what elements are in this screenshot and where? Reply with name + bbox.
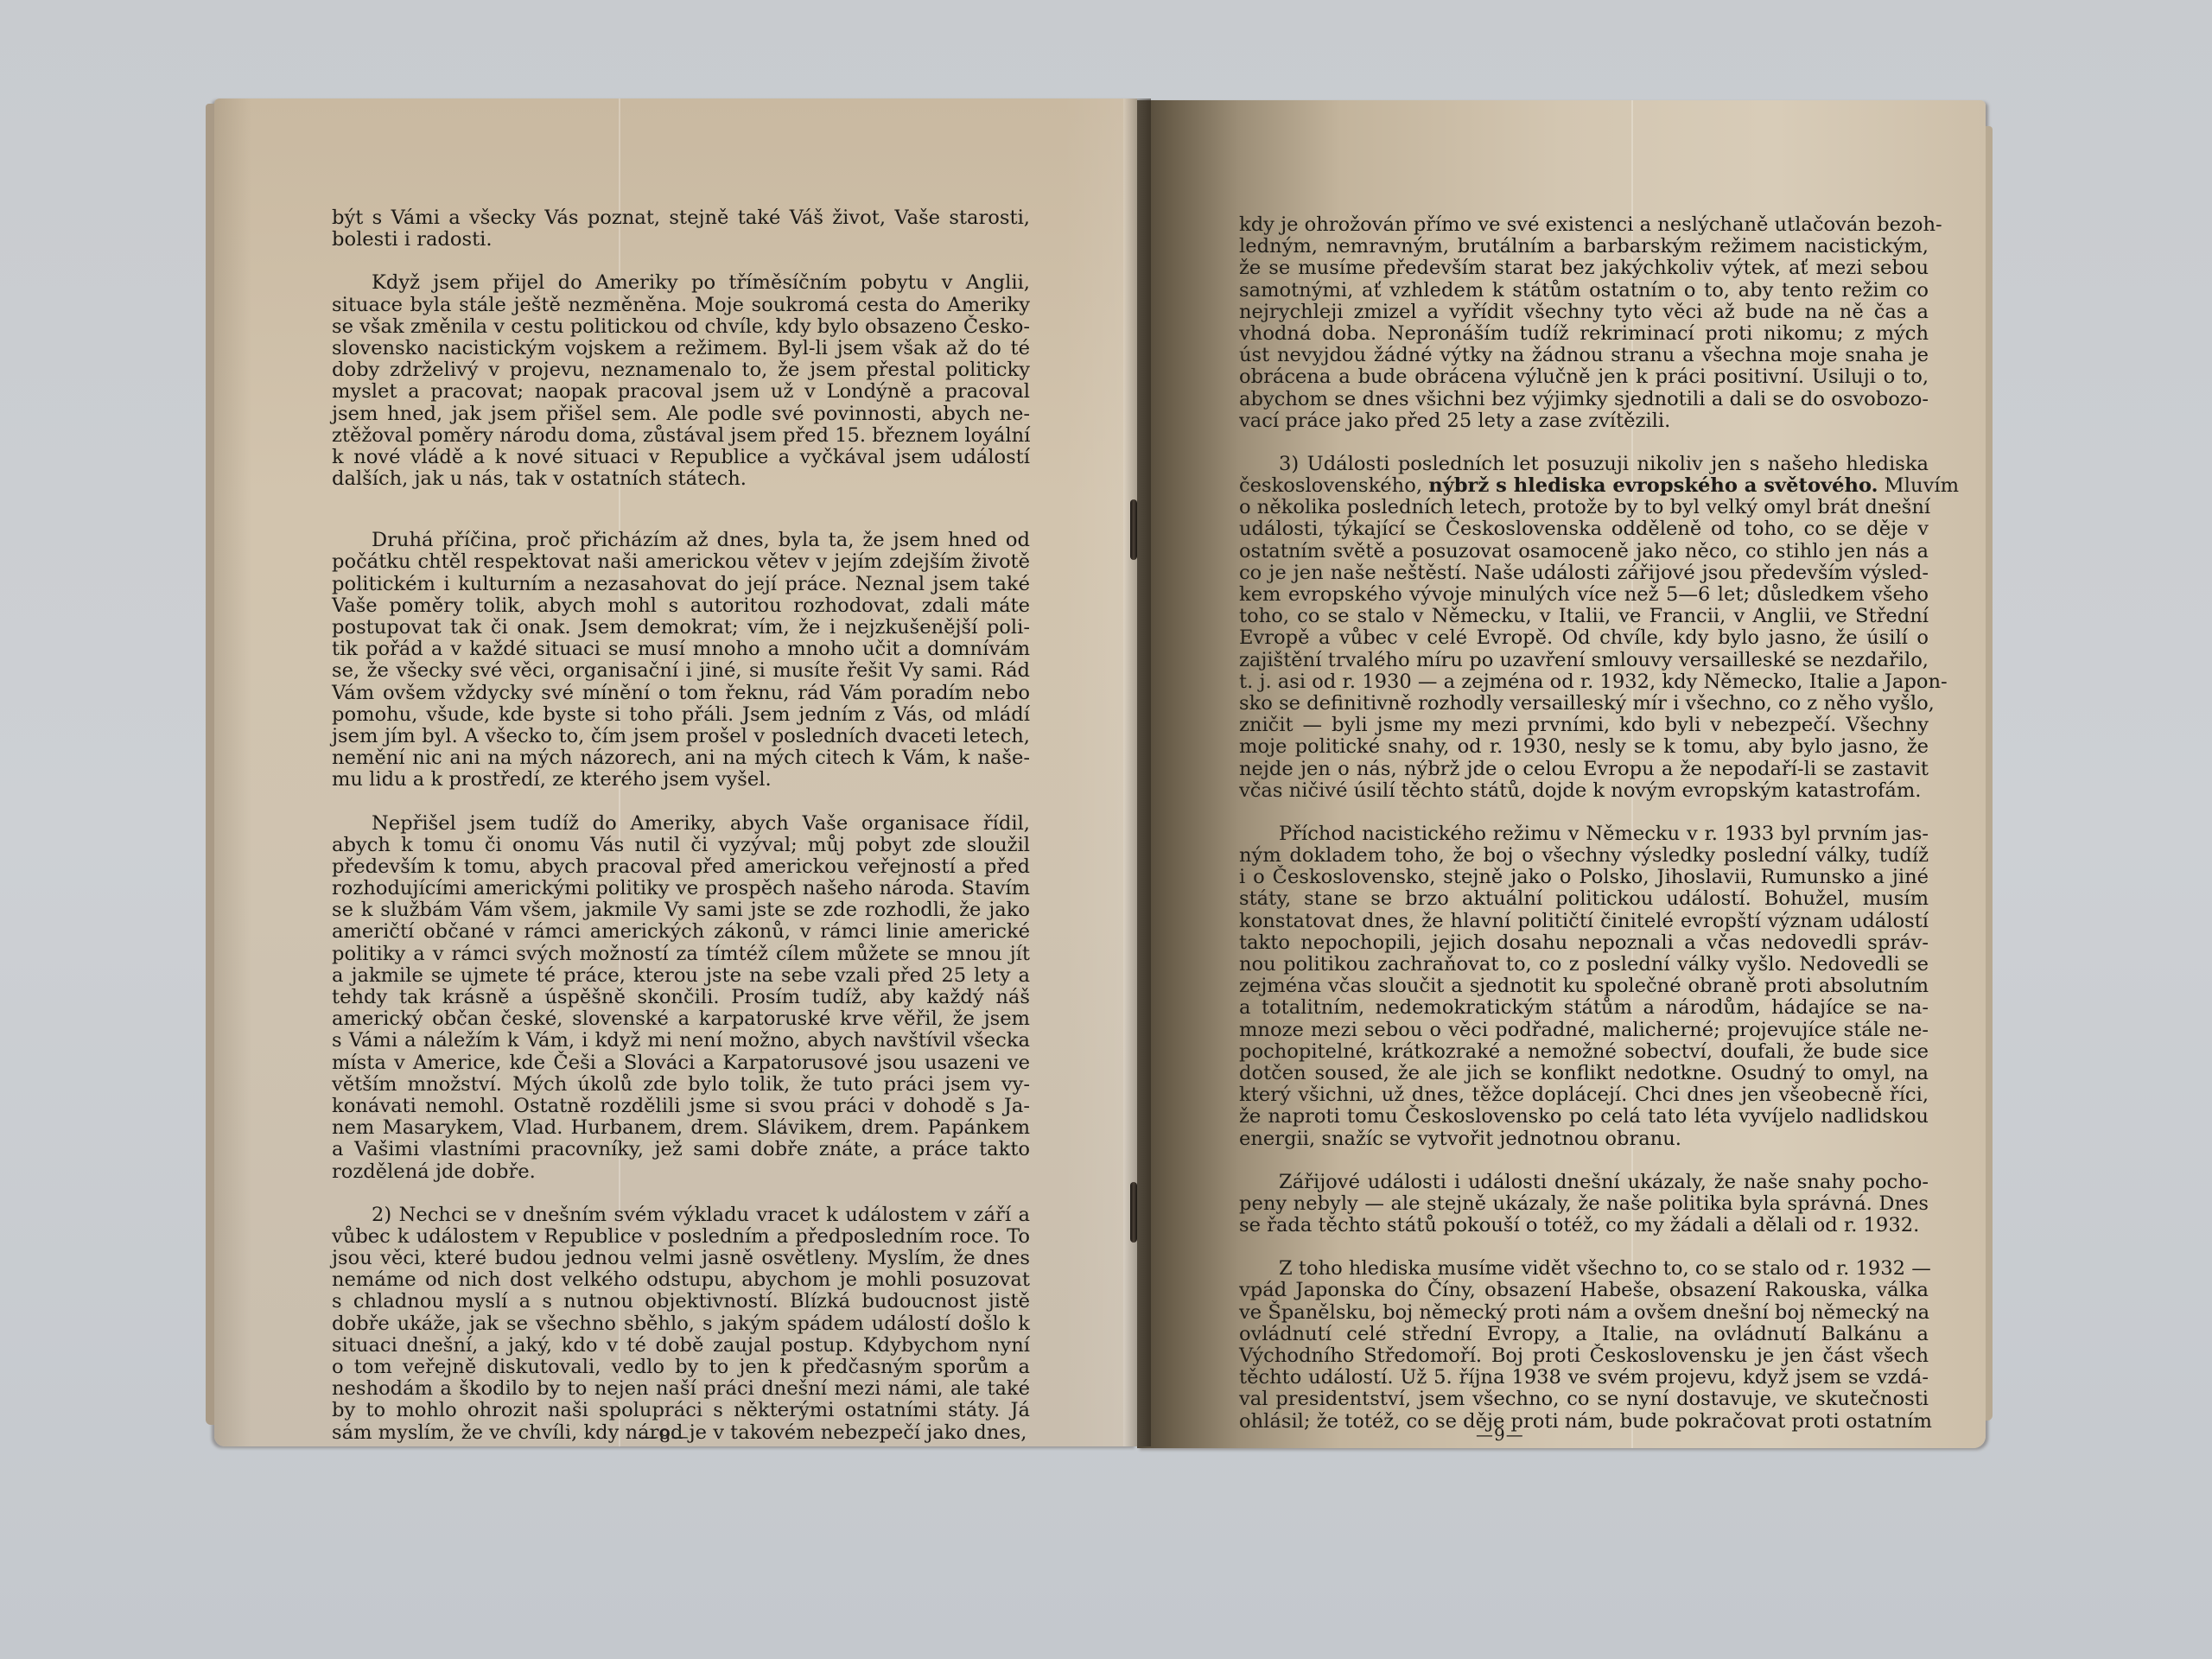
paragraph: Z toho hlediska musíme vidět všechno to,… — [1239, 1258, 1929, 1433]
text-line: politickém i kulturním a nezasahovat do … — [332, 574, 1030, 595]
text-line: mnoze mezi sebou o věci podřadné, malich… — [1239, 1020, 1929, 1041]
text-line: Když jsem přijel do Ameriky po tříměsíčn… — [332, 272, 1030, 294]
text-line: rozhodujícími americkými politiky ve pro… — [332, 878, 1030, 899]
text-line: bolesti i radosti. — [332, 229, 1030, 251]
text-line: pomohu, všude, kde byste si toho přáli. … — [332, 704, 1030, 726]
text-line: abych k tomu či onomu Vás nutil či vyzýv… — [332, 835, 1030, 856]
text-line: zejména včas sloučit a sjednotit ku spol… — [1239, 976, 1929, 997]
text-line: ovládnutí celé střední Evropy, a Italie,… — [1239, 1324, 1929, 1345]
text-line: a Vašimi vlastními pracovníky, jež sami … — [332, 1139, 1030, 1160]
text-line: neshodám a škodilo by to nejen naší prác… — [332, 1378, 1030, 1400]
paragraph: Zářijové události i události dnešní ukáz… — [1239, 1172, 1929, 1237]
text-line: ohlásil; že totéž, co se děje proti nám,… — [1239, 1411, 1929, 1433]
paragraph: kdy je ohrožován přímo ve své existenci … — [1239, 214, 1929, 432]
text-line: včas ničivé úsilí těchto států, dojde k … — [1239, 780, 1929, 802]
text-line: situace byla stále ještě nezměněna. Moje… — [332, 295, 1030, 316]
text-line: události, týkající se Československa odd… — [1239, 518, 1929, 540]
paragraph: 2) Nechci se v dnešním svém výkladu vrac… — [332, 1205, 1030, 1444]
text-line: val presidentství, jsem všechno, co se n… — [1239, 1389, 1929, 1410]
text-line: nemění nic ani na mých názorech, ani na … — [332, 747, 1030, 769]
paragraph: 3) Události posledních let posuzuji niko… — [1239, 454, 1929, 802]
text-line: energii, snažíc se vytvořit jednotnou ob… — [1239, 1128, 1929, 1150]
text-line: kem evropského vývoje minulých více než … — [1239, 584, 1929, 606]
text-line: místa v Americe, kde Češi a Slováci a Ka… — [332, 1052, 1030, 1074]
text-line: kdy je ohrožován přímo ve své existenci … — [1239, 214, 1929, 236]
text-line: t. j. asi od r. 1930 — a zejména od r. 1… — [1239, 671, 1929, 693]
text-line: k nové vládě a k nové situaci v Republic… — [332, 447, 1030, 468]
text-line: nou politikou zachraňovat to, co z posle… — [1239, 954, 1929, 976]
text-line: Evropě a vůbec v celé Evropě. Od chvíle,… — [1239, 627, 1929, 649]
paragraph: Když jsem přijel do Ameriky po tříměsíčn… — [332, 272, 1030, 490]
paragraph: Příchod nacistického režimu v Německu v … — [1239, 823, 1929, 1150]
text-line: těchto událostí. Už 5. října 1938 ve své… — [1239, 1367, 1929, 1389]
text-line: nem Masarykem, Vlad. Hurbanem, drem. Slá… — [332, 1117, 1030, 1139]
text-line: vůbec k událostem v Republice v poslední… — [332, 1226, 1030, 1248]
open-booklet: být s Vámi a všecky Vás poznat, stejně t… — [214, 86, 1986, 1434]
text-line: československého, nýbrž s hlediska evrop… — [1239, 475, 1929, 497]
text-line: o tom veřejně diskutovali, vedlo by to j… — [332, 1357, 1030, 1378]
text-line: Zářijové události i události dnešní ukáz… — [1239, 1172, 1929, 1193]
text-line: počátku chtěl respektovat naši americkou… — [332, 551, 1030, 573]
text-line: Nepřišel jsem tudíž do Ameriky, abych Va… — [332, 813, 1030, 835]
text-line: ledným, nemravným, brutálním a barbarský… — [1239, 236, 1929, 257]
text-line: nemáme od nich dost velkého odstupu, aby… — [332, 1269, 1030, 1291]
text-line: dotčen soused, že ale jich se konflikt n… — [1239, 1063, 1929, 1084]
text-line: zničit — byli jsme my mezi prvními, kdo … — [1239, 715, 1929, 736]
text-line: zajištění trvalého míru po uzavření smlo… — [1239, 650, 1929, 671]
text-line: toho, co se stalo v Německu, v Italii, v… — [1239, 606, 1929, 627]
text-line: peny nebyly — ale stejně ukázaly, že naš… — [1239, 1193, 1929, 1215]
paragraph: Druhá příčina, proč přicházím až dnes, b… — [332, 530, 1030, 791]
text-line: se, že všecky své věci, organisační i ji… — [332, 660, 1030, 682]
text-line: Z toho hlediska musíme vidět všechno to,… — [1239, 1258, 1929, 1280]
text-line: nejde jen o nás, nýbrž jde o celou Evrop… — [1239, 759, 1929, 780]
text-line: 2) Nechci se v dnešním svém výkladu vrac… — [332, 1205, 1030, 1226]
text-line: státy, stane se brzo aktuální politickou… — [1239, 888, 1929, 910]
text-line: američtí občané v rámci amerických zákon… — [332, 921, 1030, 943]
text-line: nejrychleji zmizel a vyřídit všechny tyt… — [1239, 302, 1929, 323]
text-line: především k tomu, abych pracoval před am… — [332, 856, 1030, 878]
text-line: konávati nemohl. Ostatně rozdělili jsme … — [332, 1096, 1030, 1117]
text-line: slovensko nacistickým vojskem a režimem.… — [332, 338, 1030, 359]
text-line: a jakmile se ujmete té práce, kterou jst… — [332, 965, 1030, 987]
text-line: 3) Události posledních let posuzuji niko… — [1239, 454, 1929, 475]
text-line: abychom se dnes všichni bez výjimky sjed… — [1239, 389, 1929, 410]
text-line: jsou věci, které budou jednou velmi jasn… — [332, 1248, 1030, 1269]
text-line: že se musíme především starat bez jakých… — [1239, 257, 1929, 279]
paragraph: být s Vámi a všecky Vás poznat, stejně t… — [332, 207, 1030, 251]
text-line: tehdy tak krásně a úspěšně skončili. Pro… — [332, 987, 1030, 1008]
page-number-right: —9— — [1476, 1424, 1524, 1445]
right-page-text: kdy je ohrožován přímo ve své existenci … — [1239, 214, 1929, 1433]
paragraph: Nepřišel jsem tudíž do Ameriky, abych Va… — [332, 813, 1030, 1183]
text-line: Příchod nacistického režimu v Německu v … — [1239, 823, 1929, 845]
text-line: ostatním světě a posuzovat osamoceně jak… — [1239, 541, 1929, 563]
text-line: Vaše poměry tolik, abych mohl s autorito… — [332, 595, 1030, 617]
text-line: pochopitelné, krátkozraké a nemožné sobe… — [1239, 1041, 1929, 1063]
text-line: jsem hned, jak jsem přišel sem. Ale podl… — [332, 404, 1030, 425]
text-line: větším množství. Mých úkolů zde bylo tol… — [332, 1074, 1030, 1096]
text-line: doby zdrželivý v projevu, neznamenalo to… — [332, 359, 1030, 381]
staple-top-icon — [1130, 499, 1137, 560]
text-line: Vám ovšem vždycky své mínění o tom řeknu… — [332, 683, 1030, 704]
text-line: ným dokladem toho, že boj o všechny výsl… — [1239, 845, 1929, 867]
text-line: a totalitním, nedemokratickým státům a n… — [1239, 997, 1929, 1019]
text-line: se však změnila v cestu politickou od ch… — [332, 316, 1030, 338]
text-line: s chladnou myslí a s nutnou objektivnost… — [332, 1291, 1030, 1313]
text-line: rozdělená jde dobře. — [332, 1161, 1030, 1183]
text-line: politiky a v rámci svých možností za tím… — [332, 944, 1030, 965]
staple-bottom-icon — [1130, 1182, 1137, 1243]
text-line: který všichni, už dnes, těžce doplácejí.… — [1239, 1084, 1929, 1106]
text-line: že naproti tomu Československo po celá t… — [1239, 1106, 1929, 1128]
text-line: vhodná doba. Nepronáším tudíž rekriminac… — [1239, 323, 1929, 345]
text-line: se k službám Vám všem, jakmile Vy sami j… — [332, 899, 1030, 921]
text-line: vací práce jako před 25 lety a zase zvít… — [1239, 410, 1929, 432]
text-line: moje politické snahy, od r. 1930, nesly … — [1239, 736, 1929, 758]
left-page-text: být s Vámi a všecky Vás poznat, stejně t… — [332, 207, 1030, 1444]
page-number-left: —8— — [641, 1426, 690, 1446]
spine-gutter-shadow — [1123, 99, 1151, 1446]
text-line: Východního Středomoří. Boj proti Českosl… — [1239, 1345, 1929, 1367]
text-line: o několika posledních letech, protože by… — [1239, 497, 1929, 518]
text-line: se řada těchto států pokouší o totéž, co… — [1239, 1215, 1929, 1236]
text-line: vpád Japonska do Číny, obsazení Habeše, … — [1239, 1280, 1929, 1301]
text-line: co je jen naše neštěstí. Naše události z… — [1239, 563, 1929, 584]
text-line: dobře ukáže, jak se všechno sběhlo, s ja… — [332, 1313, 1030, 1335]
text-line: s Vámi a náležím k Vám, i když mi není m… — [332, 1030, 1030, 1052]
text-line: i o Československo, stejně jako o Polsko… — [1239, 867, 1929, 888]
left-page: být s Vámi a všecky Vás poznat, stejně t… — [214, 99, 1137, 1446]
text-line: americký občan české, slovenské a karpat… — [332, 1008, 1030, 1030]
text-line: tik pořád a v každé situaci se musí mnoh… — [332, 639, 1030, 660]
text-line: sko se definitivně rozhodly versailleský… — [1239, 693, 1929, 715]
text-line: situaci dnešní, a jaký, kdo v té době za… — [332, 1335, 1030, 1357]
text-line: by to mohlo ohrozit naši spolupráci s ně… — [332, 1400, 1030, 1421]
text-line: úst nevyjdou žádné výtky na žádnou stran… — [1239, 345, 1929, 366]
text-line: konstatovat dnes, že hlavní političtí či… — [1239, 911, 1929, 932]
text-line: dalších, jak u nás, tak v ostatních stát… — [332, 468, 1030, 490]
text-line: obrácena a bude obrácena výlučně jen k p… — [1239, 366, 1929, 388]
text-line: být s Vámi a všecky Vás poznat, stejně t… — [332, 207, 1030, 229]
text-line: myslet a pracovat; naopak pracoval jsem … — [332, 381, 1030, 403]
text-line: jsem jím byl. A všecko to, čím jsem proš… — [332, 726, 1030, 747]
text-line: takto nepochopili, jejich dosahu nepozna… — [1239, 932, 1929, 954]
text-line: Druhá příčina, proč přicházím až dnes, b… — [332, 530, 1030, 551]
text-line: mu lidu a k prostředí, ze kterého jsem v… — [332, 769, 1030, 791]
text-line: samotnými, ať vzhledem k státům ostatním… — [1239, 280, 1929, 302]
text-line: postupovat tak či onak. Jsem demokrat; v… — [332, 617, 1030, 639]
right-page: kdy je ohrožován přímo ve své existenci … — [1137, 100, 1986, 1448]
text-line: ve Španělsku, boj německý proti nám a ov… — [1239, 1302, 1929, 1324]
text-line: ztěžoval poměry národu doma, zůstával js… — [332, 425, 1030, 447]
